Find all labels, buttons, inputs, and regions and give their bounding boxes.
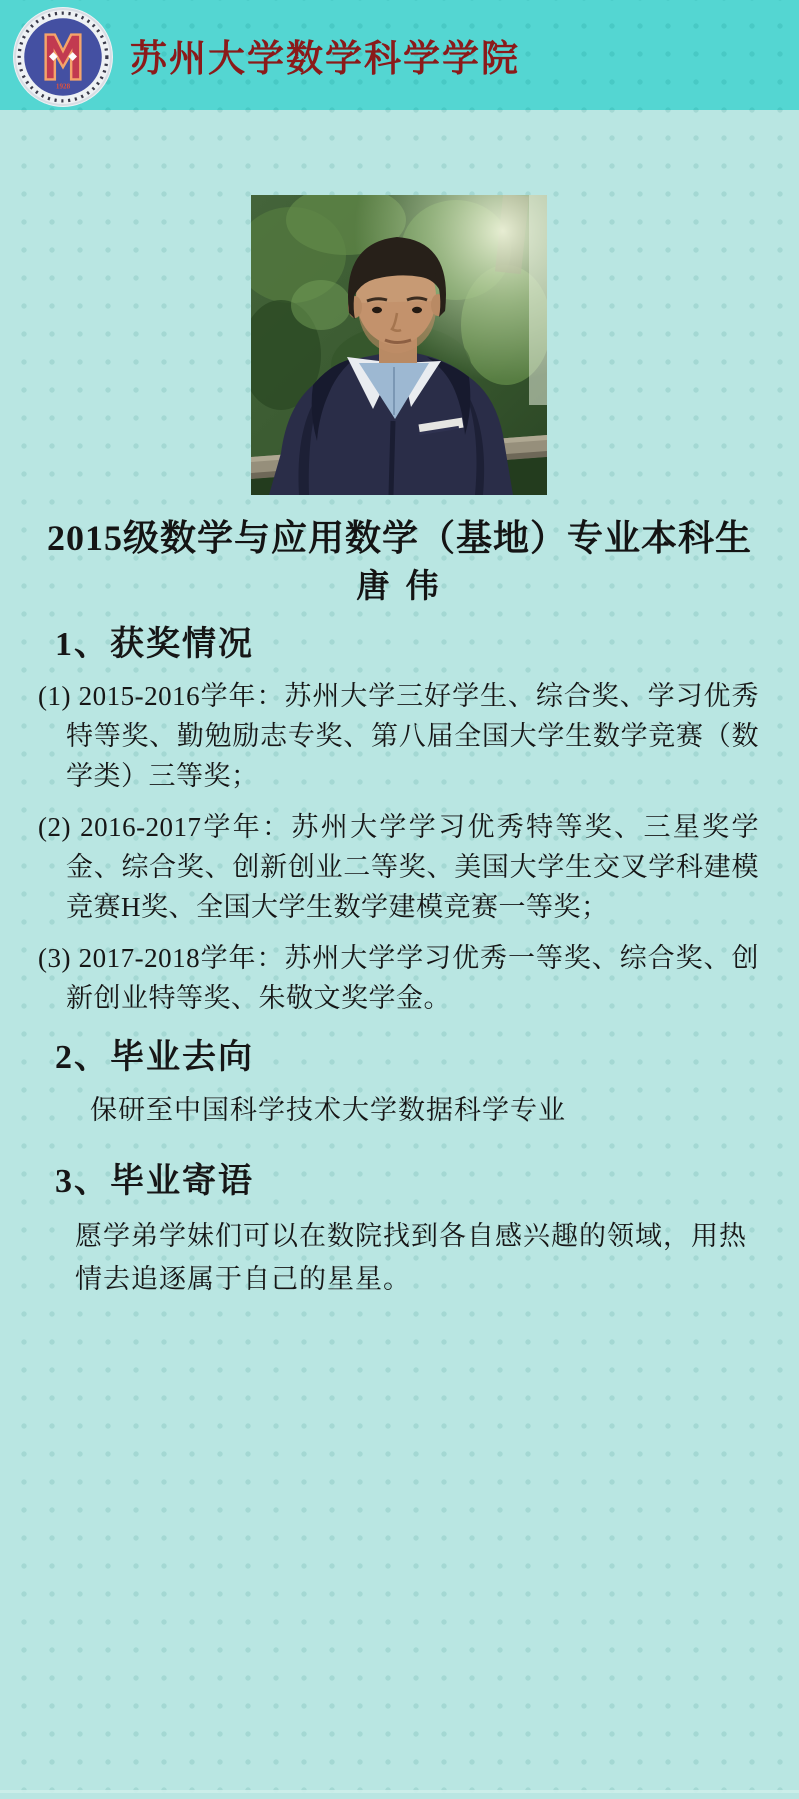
- header-title: 苏州大学数学科学学院: [130, 28, 520, 82]
- logo-year-text: 1928: [56, 83, 71, 91]
- logo-badge-icon: 1928: [12, 6, 114, 108]
- student-portrait-image: [251, 195, 547, 495]
- section-heading-destination: 2、毕业去向: [55, 1035, 799, 1081]
- main-content: 1、获奖情况 (1) 2015-2016学年：苏州大学三好学生、综合奖、学习优秀…: [0, 622, 799, 1301]
- award-item: (1) 2015-2016学年：苏州大学三好学生、综合奖、学习优秀特等奖、勤勉励…: [0, 676, 759, 796]
- page: 1928 苏州大学数学科学学院: [0, 0, 799, 1799]
- profile-title: 2015级数学与应用数学（基地）专业本科生: [10, 516, 789, 560]
- university-logo: 1928: [12, 6, 114, 108]
- section-heading-message: 3、毕业寄语: [55, 1159, 799, 1205]
- header-bar: 1928 苏州大学数学科学学院: [0, 0, 799, 110]
- award-item: (3) 2017-2018学年：苏州大学学习优秀一等奖、综合奖、创新创业特等奖、…: [0, 938, 759, 1018]
- award-list: (1) 2015-2016学年：苏州大学三好学生、综合奖、学习优秀特等奖、勤勉励…: [0, 676, 759, 1018]
- graduation-message-text: 愿学弟学妹们可以在数院找到各自感兴趣的领域，用热情去追逐属于自己的星星。: [75, 1215, 747, 1301]
- student-photo: [251, 195, 547, 495]
- graduation-destination-text: 保研至中国科学技术大学数据科学专业: [90, 1091, 759, 1129]
- award-item: (2) 2016-2017学年：苏州大学学习优秀特等奖、三星奖学金、综合奖、创新…: [0, 807, 759, 927]
- section-heading-awards: 1、获奖情况: [55, 622, 799, 668]
- bottom-divider: [0, 1790, 799, 1793]
- profile-title-block: 2015级数学与应用数学（基地）专业本科生 唐 伟: [0, 516, 799, 608]
- student-name: 唐 伟: [0, 566, 799, 608]
